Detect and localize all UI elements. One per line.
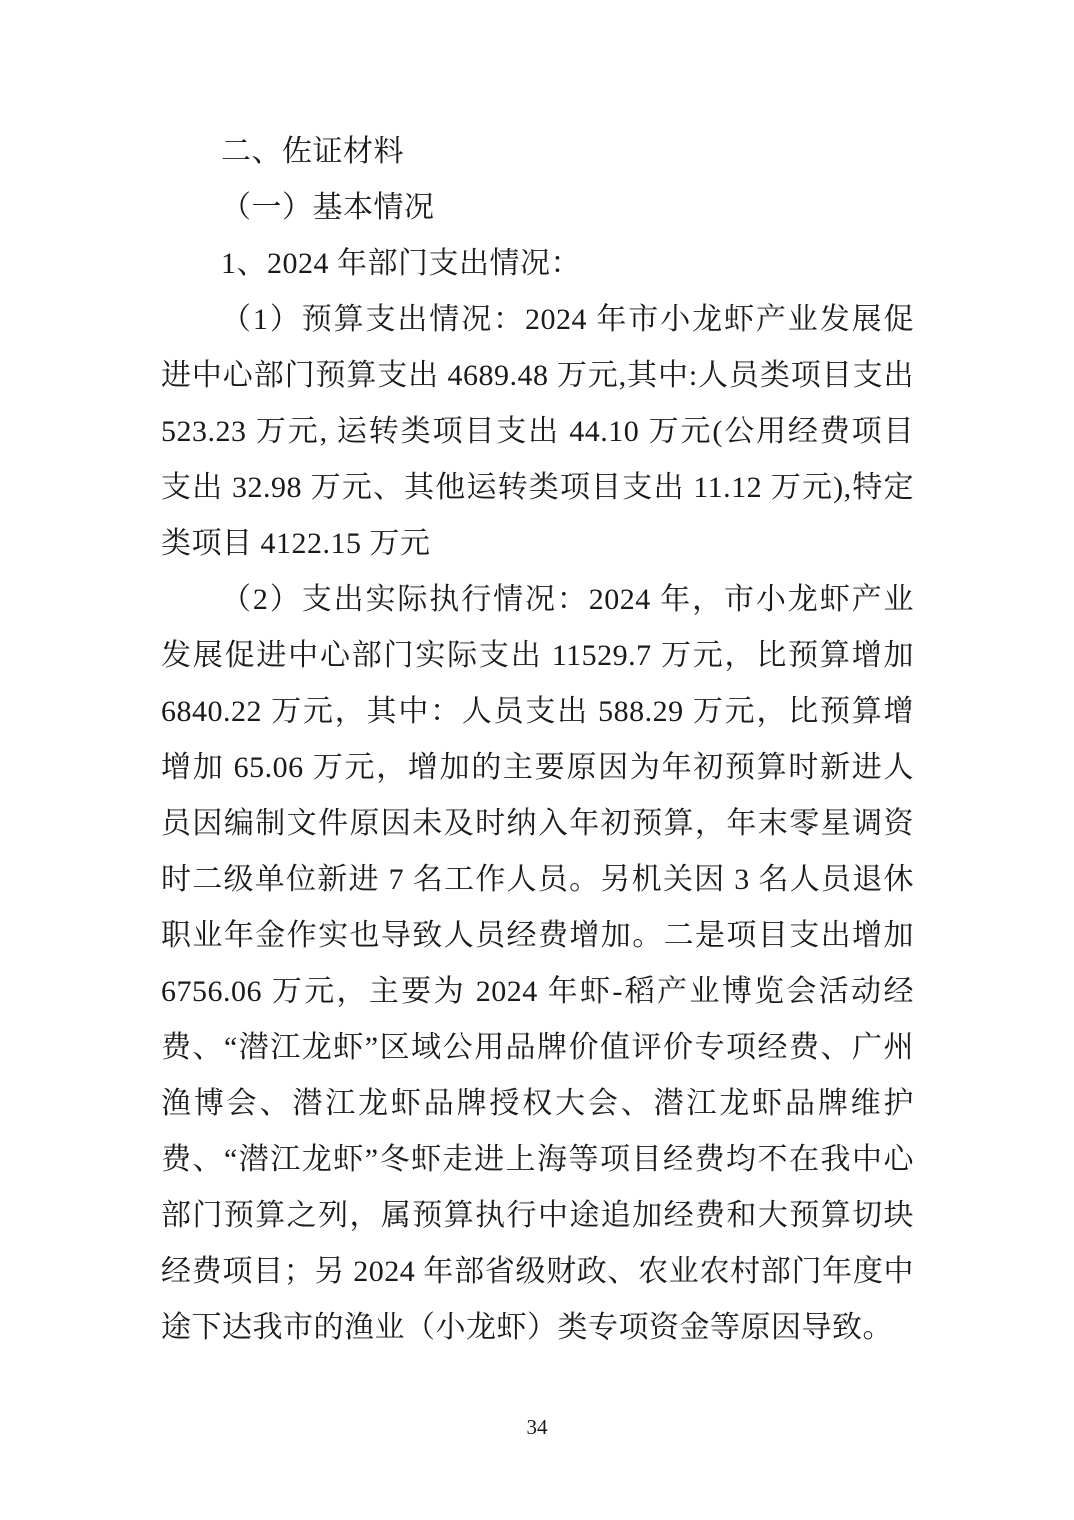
section-heading-level3: 1、2024 年部门支出情况： bbox=[161, 236, 914, 292]
document-body: 二、佐证材料 （一）基本情况 1、2024 年部门支出情况： （1）预算支出情况… bbox=[161, 124, 914, 1356]
page-number: 34 bbox=[527, 1415, 548, 1439]
section-heading-level2: （一）基本情况 bbox=[161, 180, 914, 236]
document-page: 二、佐证材料 （一）基本情况 1、2024 年部门支出情况： （1）预算支出情况… bbox=[0, 0, 1074, 1520]
paragraph-actual-expenditure: （2）支出实际执行情况：2024 年，市小龙虾产业发展促进中心部门实际支出 11… bbox=[161, 572, 914, 1356]
section-heading-level1: 二、佐证材料 bbox=[161, 124, 914, 180]
page-footer: 34 bbox=[0, 1414, 1074, 1440]
paragraph-budget-expenditure: （1）预算支出情况：2024 年市小龙虾产业发展促进中心部门预算支出 4689.… bbox=[161, 292, 914, 572]
